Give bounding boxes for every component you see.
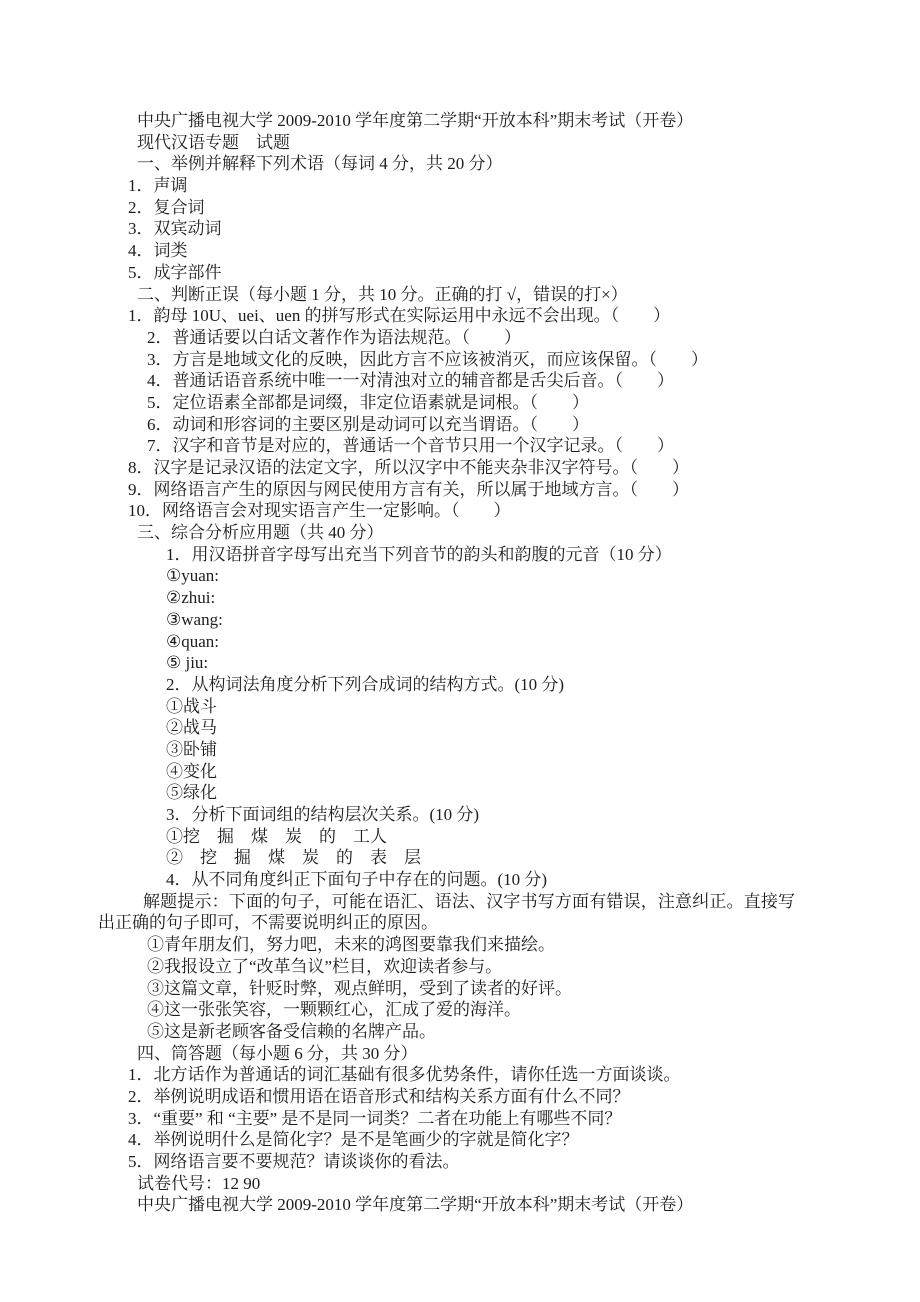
doc-line: ③卧铺 [98,739,795,761]
doc-line: 7．汉字和音节是对应的，普通话一个音节只用一个汉字记录。（ ） [98,435,795,457]
doc-line: 1．北方话作为普通话的词汇基础有很多优势条件，请你任选一方面谈谈。 [98,1064,795,1086]
doc-line: 3．“重要” 和 “主要” 是不是同一词类？二者在功能上有哪些不同？ [98,1108,795,1130]
doc-line: 中央广播电视大学 2009-2010 学年度第二学期“开放本科”期末考试（开卷） [98,110,795,132]
doc-line: 5．网络语言要不要规范？请谈谈你的看法。 [98,1151,795,1173]
doc-line: 6．动词和形容词的主要区别是动词可以充当谓语。（ ） [98,414,795,436]
doc-line: ②zhui: [98,587,795,609]
doc-line: ①挖 掘 煤 炭 的 工人 [98,826,795,848]
doc-line: ④变化 [98,761,795,783]
doc-line: 8．汉字是记录汉语的法定文字，所以汉字中不能夹杂非汉字符号。（ ） [98,457,795,479]
doc-line: 1．韵母 10U、uei、uen 的拼写形式在实际运用中永远不会出现。（ ） [98,305,795,327]
doc-line: 中央广播电视大学 2009-2010 学年度第二学期“开放本科”期末考试（开卷） [98,1194,795,1216]
doc-line: 4．词类 [98,240,795,262]
doc-line: 4．举例说明什么是简化字？是不是笔画少的字就是简化字？ [98,1129,795,1151]
doc-line: 2．从构词法角度分析下列合成词的结构方式。(10 分) [98,674,795,696]
doc-line: 3．分析下面词组的结构层次关系。(10 分) [98,804,795,826]
doc-line: ⑤ jiu: [98,652,795,674]
doc-line: 1．用汉语拼音字母写出充当下列音节的韵头和韵腹的元音（10 分） [98,544,795,566]
doc-line: ⑤这是新老顾客备受信赖的名牌产品。 [98,1021,795,1043]
doc-line: ② 挖 掘 煤 炭 的 表 层 [98,847,795,869]
doc-line: 2．复合词 [98,197,795,219]
doc-line: ③wang: [98,609,795,631]
doc-line: 试卷代号：12 90 [98,1173,795,1195]
doc-line: 3．双宾动词 [98,218,795,240]
doc-line: ⑤绿化 [98,782,795,804]
doc-line: ①战斗 [98,696,795,718]
doc-line: 2．普通话要以白话文著作作为语法规范。（ ） [98,327,795,349]
doc-line: ②我报设立了“改革刍议”栏目，欢迎读者参与。 [98,956,795,978]
doc-line: 5．定位语素全部都是词缀，非定位语素就是词根。（ ） [98,392,795,414]
doc-line: ②战马 [98,717,795,739]
doc-line: 4．普通话语音系统中唯一一对清浊对立的辅音都是舌尖后音。（ ） [98,370,795,392]
doc-line: 一、举例并解释下列术语（每词 4 分，共 20 分） [98,153,795,175]
doc-line: 三、综合分析应用题（共 40 分） [98,522,795,544]
doc-line: 解题提示：下面的句子，可能在语汇、语法、汉字书写方面有错误，注意纠正。直接写 [98,891,795,913]
doc-line: 二、判断正误（每小题 1 分，共 10 分。正确的打 √，错误的打×） [98,284,795,306]
doc-line: 9．网络语言产生的原因与网民使用方言有关，所以属于地域方言。（ ） [98,479,795,501]
doc-line: ①青年朋友们，努力吧，未来的鸿图要靠我们来描绘。 [98,934,795,956]
doc-line: 4．从不同角度纠正下面句子中存在的问题。(10 分) [98,869,795,891]
doc-line: ④这一张张笑容，一颗颗红心，汇成了爱的海洋。 [98,999,795,1021]
doc-line: 1．声调 [98,175,795,197]
exam-paper-document: 中央广播电视大学 2009-2010 学年度第二学期“开放本科”期末考试（开卷）… [98,110,795,1216]
doc-line: 3．方言是地域文化的反映，因此方言不应该被消灭，而应该保留。（ ） [98,349,795,371]
doc-line: 四、筒答题（每小题 6 分，共 30 分） [98,1043,795,1065]
doc-line: ④quan: [98,631,795,653]
doc-line: 现代汉语专题 试题 [98,132,795,154]
doc-line: ①yuan: [98,565,795,587]
doc-line: 2．举例说明成语和惯用语在语音形式和结构关系方面有什么不同？ [98,1086,795,1108]
doc-line: ③这篇文章，针贬时弊，观点鲜明，受到了读者的好评。 [98,978,795,1000]
doc-line: 出正确的句子即可，不需要说明纠正的原因。 [98,912,795,934]
doc-line: 10．网络语言会对现实语言产生一定影响。（ ） [98,500,795,522]
doc-line: 5．成字部件 [98,262,795,284]
